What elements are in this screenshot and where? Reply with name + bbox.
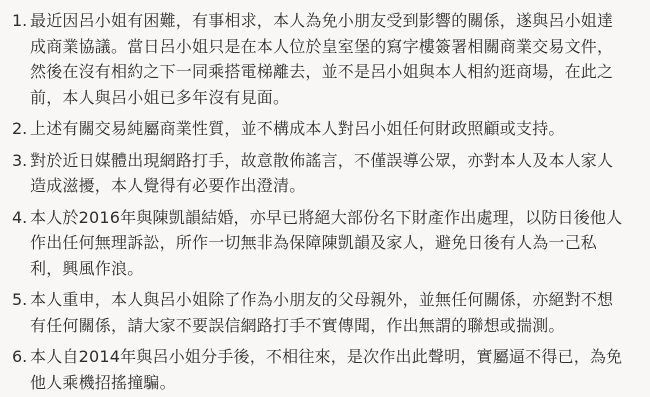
item-text: 本人重申，本人與呂小姐除了作為小朋友的父母親外，並無任何關係，亦絕對不想有任何關… bbox=[30, 287, 628, 338]
item-text: 本人於2016年與陳凱韻結婚，亦早已將絕大部份名下財產作出處理，以防日後他人作出… bbox=[30, 205, 628, 282]
statement-item-2: 2. 上述有關交易純屬商業性質，並不構成本人對呂小姐任何財政照顧或支持。 bbox=[12, 116, 628, 142]
item-number: 3. bbox=[12, 148, 30, 174]
statement-item-6: 6. 本人自2014年與呂小姐分手後，不相往來，是次作出此聲明，實屬逼不得已，為… bbox=[12, 344, 628, 395]
item-number: 6. bbox=[12, 344, 30, 370]
statement-item-4: 4. 本人於2016年與陳凱韻結婚，亦早已將絕大部份名下財產作出處理，以防日後他… bbox=[12, 205, 628, 282]
item-text: 對於近日媒體出現網路打手，故意散佈謠言，不僅誤導公眾，亦對本人及本人家人造成滋擾… bbox=[30, 148, 628, 199]
statement-item-3: 3. 對於近日媒體出現網路打手，故意散佈謠言，不僅誤導公眾，亦對本人及本人家人造… bbox=[12, 148, 628, 199]
item-number: 4. bbox=[12, 205, 30, 231]
item-number: 5. bbox=[12, 287, 30, 313]
statement-item-5: 5. 本人重申，本人與呂小姐除了作為小朋友的父母親外，並無任何關係，亦絕對不想有… bbox=[12, 287, 628, 338]
item-number: 1. bbox=[12, 8, 30, 34]
statement-list: 1. 最近因呂小姐有困難，有事相求，本人為免小朋友受到影響的關係，遂與呂小姐達成… bbox=[0, 0, 650, 395]
item-text: 最近因呂小姐有困難，有事相求，本人為免小朋友受到影響的關係，遂與呂小姐達成商業協… bbox=[30, 8, 628, 110]
statement-item-1: 1. 最近因呂小姐有困難，有事相求，本人為免小朋友受到影響的關係，遂與呂小姐達成… bbox=[12, 8, 628, 110]
item-text: 上述有關交易純屬商業性質，並不構成本人對呂小姐任何財政照顧或支持。 bbox=[30, 116, 628, 142]
item-number: 2. bbox=[12, 116, 30, 142]
item-text: 本人自2014年與呂小姐分手後，不相往來，是次作出此聲明，實屬逼不得已，為免他人… bbox=[30, 344, 628, 395]
